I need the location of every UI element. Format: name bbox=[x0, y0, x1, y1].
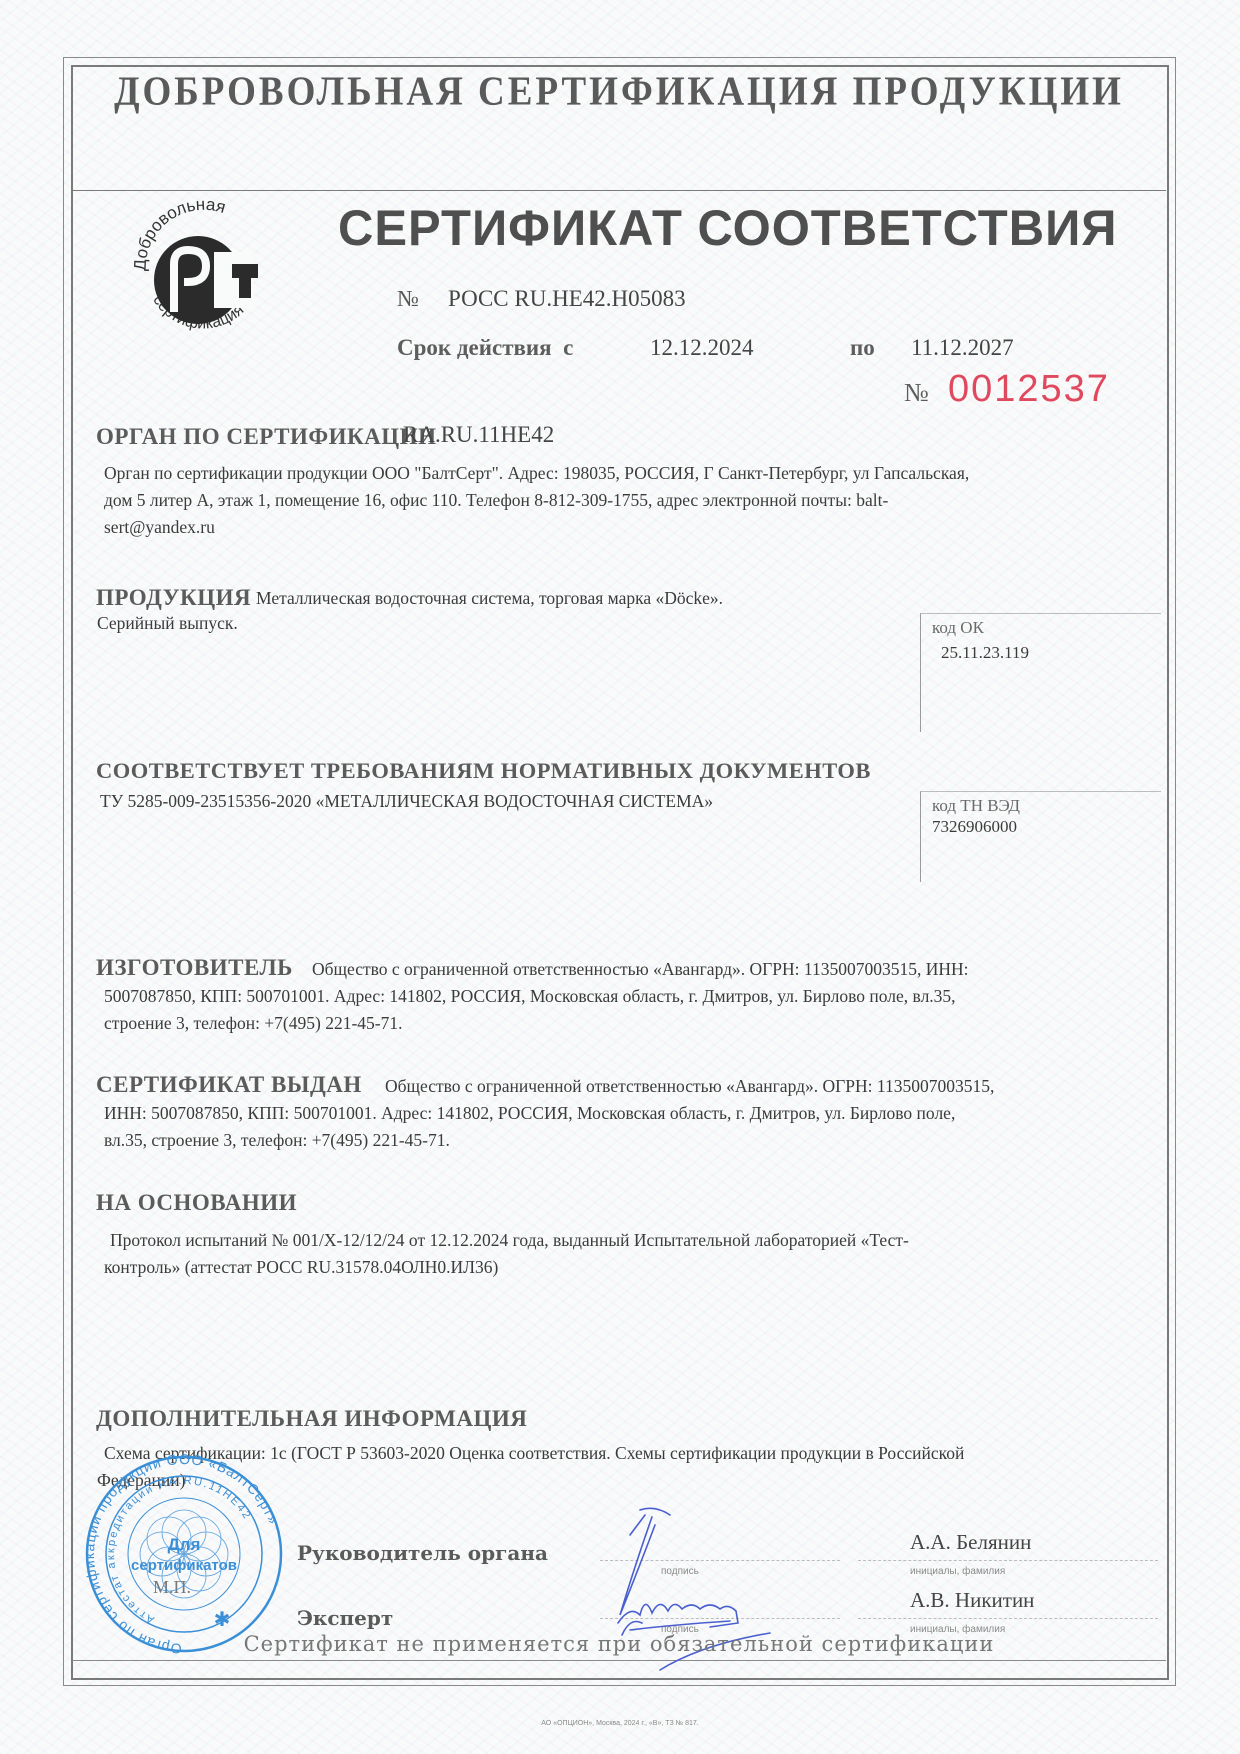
product-heading: ПРОДУКЦИЯ bbox=[96, 585, 251, 611]
certificate-title: СЕРТИФИКАТ СООТВЕТСТВИЯ bbox=[338, 199, 1117, 257]
expert-role-label: Эксперт bbox=[297, 1606, 393, 1630]
product-description: Металлическая водосточная система, торго… bbox=[256, 585, 723, 612]
basis-heading: НА ОСНОВАНИИ bbox=[96, 1190, 297, 1216]
serial-label: № bbox=[904, 378, 929, 408]
cert-body-heading: ОРГАН ПО СЕРТИФИКАЦИИ bbox=[96, 424, 436, 450]
manufacturer-line-3: строение 3, телефон: +7(495) 221-45-71. bbox=[104, 1010, 402, 1037]
issued-to-line-3: вл.35, строение 3, телефон: +7(495) 221-… bbox=[104, 1127, 450, 1154]
svg-text:сертификатов: сертификатов bbox=[131, 1557, 237, 1574]
manufacturer-line-1: Общество с ограниченной ответственностью… bbox=[312, 956, 968, 983]
head-role-label: Руководитель органа bbox=[297, 1541, 548, 1565]
serial-number: 0012537 bbox=[948, 368, 1110, 411]
cert-body-code: RA.RU.11НЕ42 bbox=[403, 422, 554, 448]
expert-name-line bbox=[858, 1618, 1158, 1619]
title-divider bbox=[72, 190, 1166, 191]
organization-seal-icon: Орган по сертификации продукции ООО «Бал… bbox=[84, 1454, 284, 1654]
rst-voluntary-certification-logo-icon: Добровольная сертификация bbox=[128, 194, 278, 344]
valid-to-date: 11.12.2027 bbox=[911, 335, 1014, 361]
expert-name: А.В. Никитин bbox=[910, 1588, 1034, 1613]
svg-text:✱: ✱ bbox=[214, 1609, 231, 1631]
header-title: ДОБРОВОЛЬНАЯ СЕРТИФИКАЦИЯ ПРОДУКЦИИ bbox=[72, 67, 1166, 115]
ok-code-value: 25.11.23.119 bbox=[941, 643, 1029, 663]
validity-label: Срок действия с bbox=[397, 335, 573, 361]
cert-body-line-3: sert@yandex.ru bbox=[104, 514, 215, 541]
head-name-line bbox=[858, 1560, 1158, 1561]
basis-line-1: Протокол испытаний № 001/Х-12/12/24 от 1… bbox=[110, 1227, 909, 1254]
printer-imprint: АО «ОПЦИОН», Москва, 2024 г., «В», ТЗ № … bbox=[0, 1720, 1240, 1727]
issued-to-line-2: ИНН: 5007087850, КПП: 500701001. Адрес: … bbox=[104, 1100, 955, 1127]
compliance-document: ТУ 5285-009-23515356-2020 «МЕТАЛЛИЧЕСКАЯ… bbox=[100, 788, 713, 815]
tnved-code-value: 7326906000 bbox=[932, 817, 1017, 837]
disclaimer-text: Сертификат не применяется при обязательн… bbox=[72, 1632, 1166, 1656]
issued-to-line-1: Общество с ограниченной ответственностью… bbox=[385, 1073, 994, 1100]
product-release-type: Серийный выпуск. bbox=[97, 610, 238, 637]
compliance-heading: СООТВЕТСТВУЕТ ТРЕБОВАНИЯМ НОРМАТИВНЫХ ДО… bbox=[96, 758, 871, 784]
number-label: № bbox=[397, 286, 419, 312]
cert-body-line-1: Орган по сертификации продукции ООО "Бал… bbox=[104, 460, 969, 487]
certificate-number: РОСС RU.НЕ42.Н05083 bbox=[448, 286, 686, 312]
manufacturer-line-2: 5007087850, КПП: 500701001. Адрес: 14180… bbox=[104, 983, 956, 1010]
manufacturer-heading: ИЗГОТОВИТЕЛЬ bbox=[96, 955, 293, 981]
issued-to-heading: СЕРТИФИКАТ ВЫДАН bbox=[96, 1072, 362, 1098]
head-name: А.А. Белянин bbox=[910, 1530, 1031, 1555]
tnved-code-label: код ТН ВЭД bbox=[932, 796, 1020, 816]
head-name-caption: инициалы, фамилия bbox=[910, 1566, 1005, 1577]
valid-from-date: 12.12.2024 bbox=[650, 335, 754, 361]
ok-code-label: код ОК bbox=[932, 618, 984, 638]
svg-text:Для: Для bbox=[168, 1535, 201, 1554]
basis-line-2: контроль» (аттестат РОСС RU.31578.04ОЛН0… bbox=[104, 1254, 498, 1281]
valid-to-label: по bbox=[850, 335, 875, 361]
additional-heading: ДОПОЛНИТЕЛЬНАЯ ИНФОРМАЦИЯ bbox=[96, 1406, 527, 1432]
cert-body-line-2: дом 5 литер А, этаж 1, помещение 16, офи… bbox=[104, 487, 888, 514]
